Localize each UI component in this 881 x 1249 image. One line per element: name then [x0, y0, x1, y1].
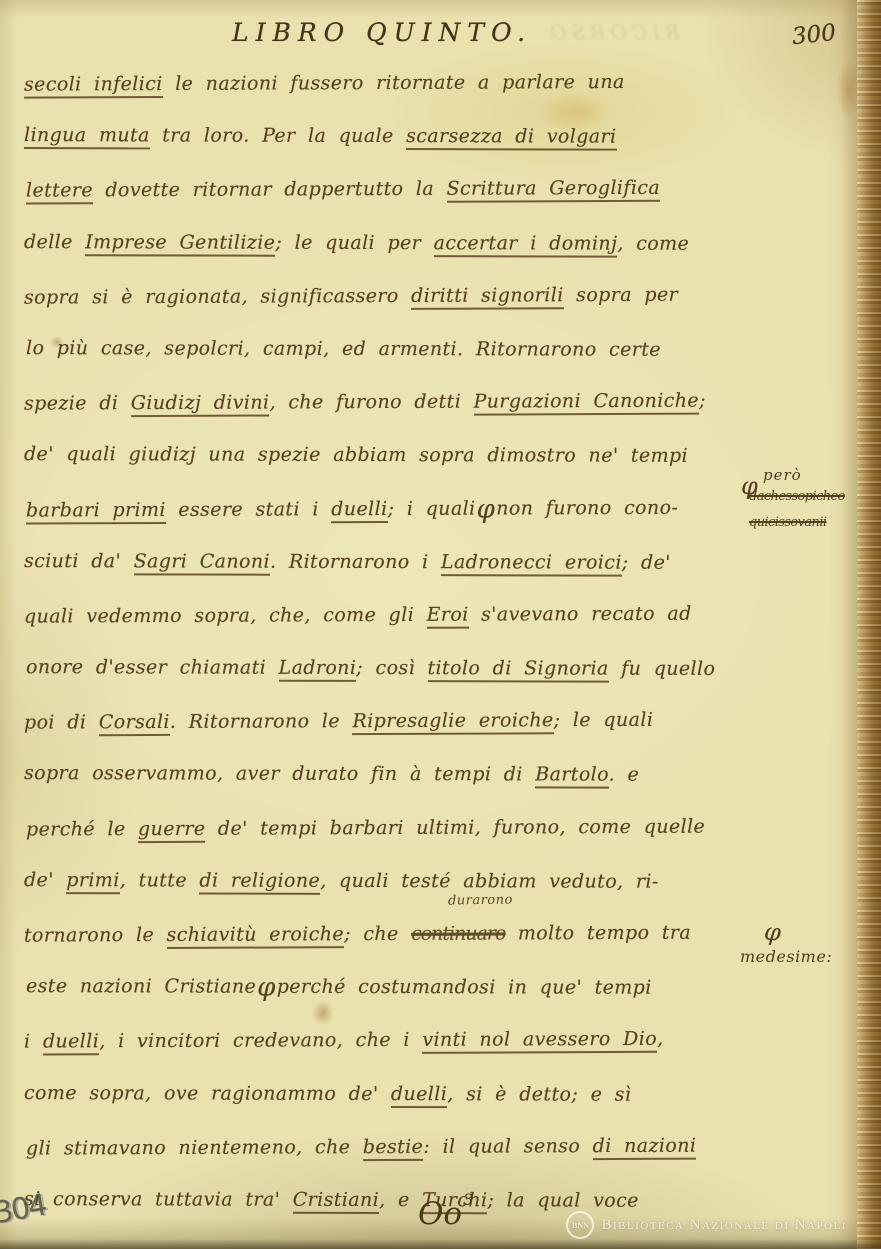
underlined-phrase: vinti nol avessero Dio — [422, 1028, 657, 1054]
text-segment: , tutte — [120, 869, 200, 891]
text-segment: de' — [24, 869, 66, 891]
underlined-phrase: Sagri Canoni — [134, 550, 270, 575]
text-segment: este nazioni Cristiane — [26, 975, 256, 998]
text-segment: essere stati i — [166, 498, 331, 521]
text-segment: , come — [617, 232, 689, 254]
underlined-phrase: duelli — [43, 1031, 99, 1056]
text-segment: , — [657, 1028, 664, 1050]
manuscript-line: come sopra, ove ragionammo de' duelli, s… — [24, 1068, 742, 1123]
manuscript-line: lo più case, sepolcri, campi, ed armenti… — [26, 323, 742, 378]
manuscript-line: de' primi, tutte di religione, quali tes… — [24, 855, 742, 910]
manuscript-line: sciuti da' Sagri Canoni. Ritornarono i L… — [24, 536, 742, 591]
text-segment: dovette ritornar dappertutto la — [93, 178, 447, 202]
text-segment: sopra osservammo, aver durato fin à temp… — [24, 762, 535, 785]
text-segment: . Ritornarono i — [270, 550, 441, 572]
underlined-phrase: Scrittura Geroglifica — [447, 177, 661, 203]
text-segment: come sopra, ove ragionammo de' — [24, 1082, 391, 1105]
underlined-phrase: Cristiani — [293, 1189, 379, 1214]
underlined-phrase: Bartolo — [535, 764, 609, 789]
text-segment: si conserva tuttavia tra' — [24, 1188, 293, 1211]
quire-signature-text: Oo — [418, 1196, 462, 1232]
manuscript-line: barbari primi essere stati i duelli; i q… — [26, 482, 742, 538]
cancelled-word: continuaro — [411, 922, 505, 944]
text-segment: non furono cono- — [496, 496, 678, 519]
underlined-phrase: secoli infelici — [24, 73, 163, 99]
text-segment: poi di — [24, 711, 99, 733]
text-segment: ; de' — [622, 551, 671, 573]
underlined-phrase: lettere — [26, 180, 93, 205]
underlined-phrase: titolo di Signoria — [427, 657, 608, 682]
manuscript-line: lettere dovette ritornar dappertutto la … — [26, 163, 742, 219]
underlined-phrase: primi — [66, 869, 119, 894]
manuscript-page: RICORSO LIBRO QUINTO. 300 secoli infelic… — [0, 0, 881, 1249]
text-segment: , e — [379, 1189, 422, 1211]
manuscript-line: i duelli, i vincitori credevano, che i v… — [24, 1014, 742, 1070]
manuscript-line: lingua muta tra loro. Per la quale scars… — [24, 110, 742, 165]
underlined-phrase: Eroi — [427, 604, 469, 629]
text-segment: ; la qual voce — [487, 1189, 638, 1211]
text-segment: , che furono detti — [269, 391, 473, 414]
underlined-phrase: diritti signorili — [411, 284, 564, 310]
manuscript-line: gli stimavano nientemeno, che bestie: il… — [26, 1120, 742, 1176]
underlined-phrase: bestie — [363, 1136, 424, 1161]
text-segment: onore d'esser chiamati — [26, 656, 279, 679]
manuscript-line: perché le guerre de' tempi barbari ultim… — [26, 801, 742, 857]
manuscript-line: tornarono le schiavitù eroiche; che cont… — [24, 907, 742, 963]
text-segment: ; i quali — [388, 497, 476, 519]
underlined-phrase: di nazioni — [593, 1134, 697, 1159]
text-segment: : il qual senso — [423, 1135, 592, 1158]
manuscript-line: onore d'esser chiamati Ladroni; così tit… — [26, 642, 742, 697]
text-block: secoli infelici le nazioni fussero ritor… — [24, 58, 742, 1228]
text-segment: sopra si è ragionata, significassero — [24, 285, 411, 309]
underlined-phrase: Imprese Gentilizie — [85, 231, 275, 256]
text-segment: ; le quali — [554, 709, 654, 731]
underlined-phrase: scarsezza di volgari — [406, 125, 616, 151]
text-segment: ; le quali per — [275, 231, 433, 253]
text-segment: tra loro. Per la quale — [150, 125, 406, 148]
underlined-phrase: Giudizj divini — [131, 392, 270, 418]
quire-signature-sup: 3 — [463, 1190, 473, 1209]
text-segment: lo più case, sepolcri, campi, ed armenti… — [26, 337, 661, 361]
manuscript-line: secoli infelici le nazioni fussero ritor… — [24, 56, 742, 112]
text-segment: perché costumandosi in que' tempi — [277, 976, 652, 999]
text-segment: quali vedemmo sopra, che, come gli — [24, 604, 427, 628]
text-segment: . Ritornarono le — [170, 710, 353, 733]
underlined-phrase: guerre — [138, 817, 206, 842]
manuscript-line: este nazioni Cristianeφperché costumando… — [26, 961, 742, 1016]
manuscript-line: sopra si è ragionata, significassero dir… — [24, 269, 742, 325]
text-segment: ; — [699, 390, 706, 412]
page-bottom-edge — [0, 1239, 881, 1249]
text-segment: i — [24, 1031, 43, 1053]
text-segment: le nazioni fussero ritornate a parlare u… — [163, 71, 625, 95]
text-segment: , quali testé abbiam veduto, ri- — [320, 870, 659, 893]
book-fore-edge — [857, 0, 881, 1249]
underlined-phrase: Corsali — [99, 711, 170, 736]
page-number: 300 — [791, 20, 837, 50]
text-segment: delle — [24, 231, 85, 253]
text-segment: spezie di — [24, 392, 131, 414]
text-segment: , si è detto; e sì — [447, 1083, 631, 1105]
underlined-phrase: Purgazioni Canoniche — [474, 390, 700, 416]
underlined-phrase: duelli — [331, 497, 387, 522]
manuscript-line: quali vedemmo sopra, che, come gli Eroi … — [24, 588, 742, 644]
manuscript-line: poi di Corsali. Ritornarono le Ripresagl… — [24, 695, 742, 751]
underlined-phrase: Ladronecci eroici — [441, 551, 622, 576]
text-segment: . e — [609, 764, 640, 786]
text-segment: de' tempi barbari ultimi, furono, come q… — [205, 815, 705, 839]
manuscript-line: de' quali giudizj una spezie abbiam sopr… — [24, 429, 742, 484]
underlined-phrase: lingua muta — [24, 124, 150, 149]
underlined-phrase: barbari primi — [26, 498, 166, 524]
library-watermark-label: Biblioteca Nazionale di Napoli — [601, 1217, 847, 1234]
interlinear-correction: durarono — [448, 892, 513, 908]
underlined-phrase: duelli — [391, 1083, 447, 1108]
library-logo-icon: BNN — [566, 1211, 594, 1239]
underlined-phrase: Ladroni — [279, 657, 357, 682]
underlined-phrase: schiavitù eroiche — [166, 923, 344, 949]
underlined-phrase: accertar i dominj — [434, 232, 618, 257]
margin-word: però — [763, 466, 802, 484]
manuscript-line: delle Imprese Gentilizie; le quali per a… — [24, 217, 742, 272]
text-segment: ; così — [356, 657, 427, 679]
text-segment: gli stimavano nientemeno, che — [26, 1136, 363, 1159]
insertion-mark: φ — [257, 973, 276, 1003]
underlined-phrase: Ripresaglie eroiche — [352, 710, 553, 736]
text-segment: , i vincitori credevano, che i — [99, 1029, 422, 1052]
insertion-mark: φ — [477, 494, 496, 524]
text-segment: fu quello — [609, 658, 716, 680]
underlined-phrase: di religione — [199, 869, 320, 894]
text-segment: sopra per — [564, 283, 678, 305]
library-watermark: BNN Biblioteca Nazionale di Napoli — [566, 1211, 847, 1239]
page-title: LIBRO QUINTO. — [232, 18, 652, 47]
text-segment: tornarono le — [24, 924, 167, 947]
text-segment: ; che — [344, 923, 411, 945]
text-segment: sciuti da' — [24, 550, 134, 572]
quire-signature: Oo3 — [418, 1196, 472, 1232]
manuscript-line: spezie di Giudizj divini, che furono det… — [24, 376, 742, 432]
manuscript-line: sopra osservammo, aver durato fin à temp… — [24, 748, 742, 803]
page-edge-shadow — [841, 0, 857, 1249]
text-segment: perché le — [26, 818, 138, 840]
text-segment: molto tempo tra — [505, 922, 691, 945]
text-segment: s'avevano recato ad — [469, 603, 692, 626]
text-segment: de' quali giudizj una spezie abbiam sopr… — [24, 443, 688, 467]
